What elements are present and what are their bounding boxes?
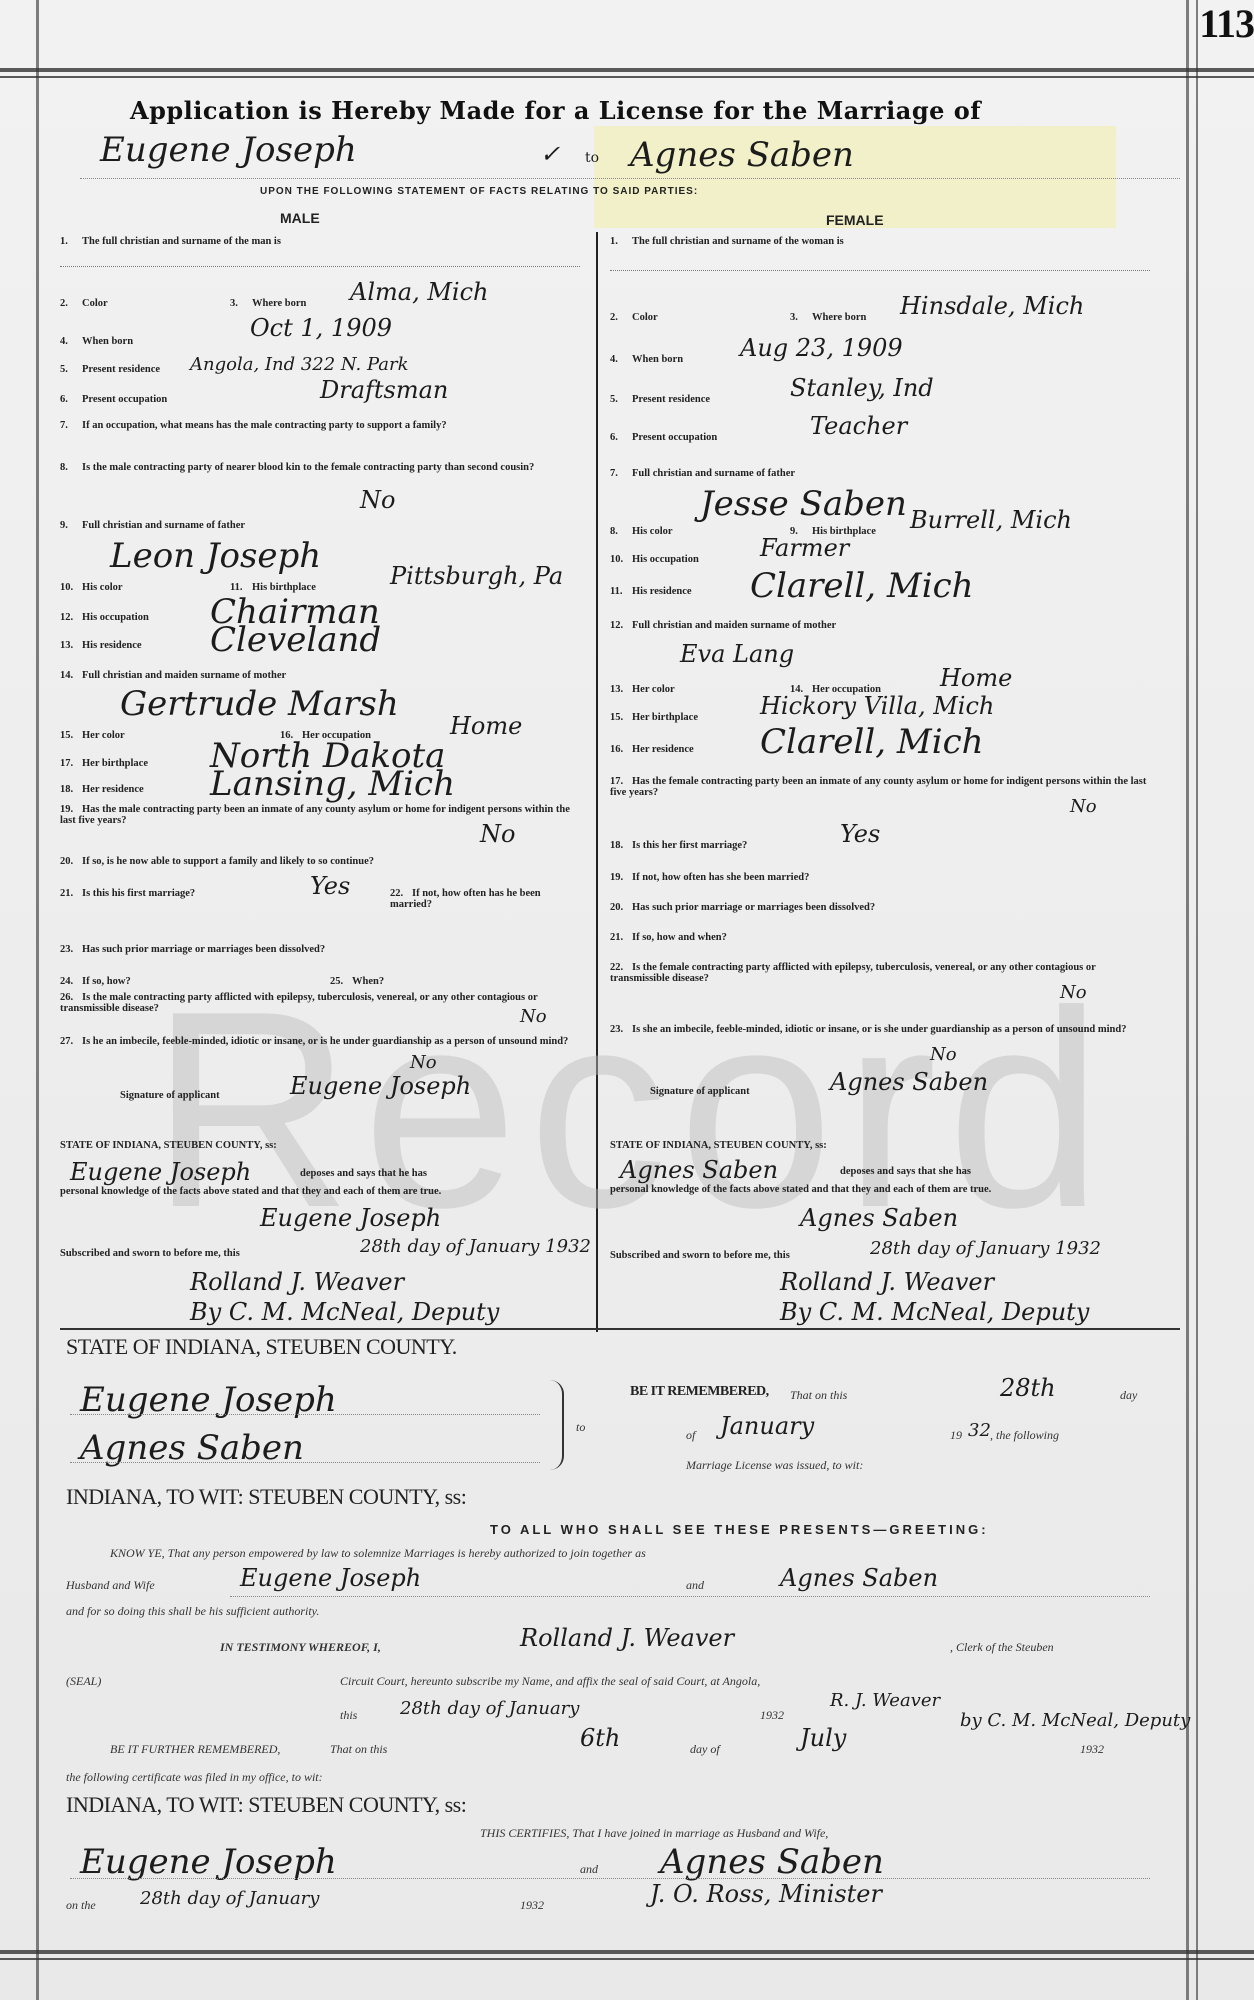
female-q20: 20.Has such prior marriage or marriages … xyxy=(610,902,875,913)
female-q8: 8.His color xyxy=(610,526,673,537)
page-number: 113 xyxy=(1199,0,1254,47)
certifies-text: THIS CERTIFIES, That I have joined in ma… xyxy=(480,1826,828,1841)
female-q16: 16.Her residence xyxy=(610,744,694,755)
testimony-year: 1932 xyxy=(760,1708,784,1723)
male-q9: 9.Full christian and surname of father xyxy=(60,520,245,531)
female-q23: 23.Is she an imbecile, feeble-minded, id… xyxy=(610,1024,1150,1035)
female-sworn-date: 28th day of January 1932 xyxy=(870,1238,1101,1259)
testimony-text-1: , Clerk of the Steuben xyxy=(950,1640,1054,1655)
female-q13: 13.Her color xyxy=(610,684,675,695)
male-q1: 1.The full christian and surname of the … xyxy=(60,236,281,247)
female-oath-text-2: personal knowledge of the facts above st… xyxy=(610,1184,1150,1195)
testimony-clerk: Rolland J. Weaver xyxy=(520,1624,734,1652)
remembered-day: 28th xyxy=(1000,1374,1056,1402)
female-q5: 5.Present residence xyxy=(610,394,710,405)
male-signature: Eugene Joseph xyxy=(290,1072,471,1100)
further-text-1: That on this xyxy=(330,1742,387,1757)
female-oath-header: STATE OF INDIANA, STEUBEN COUNTY, ss: xyxy=(610,1140,827,1151)
cert-county-header: INDIANA, TO WIT: STEUBEN COUNTY, ss: xyxy=(66,1792,466,1818)
female-q22: 22.Is the female contracting party affli… xyxy=(610,962,1150,984)
bride-name: Agnes Saben xyxy=(630,135,854,175)
male-q18: 18.Her residence xyxy=(60,784,144,795)
subtitle: UPON THE FOLLOWING STATEMENT OF FACTS RE… xyxy=(260,186,698,197)
female-a4: Aug 23, 1909 xyxy=(740,334,903,362)
male-oath-text-1: deposes and says that he has xyxy=(300,1168,427,1179)
male-q26: 26.Is the male contracting party afflict… xyxy=(60,992,570,1014)
male-q13: 13.His residence xyxy=(60,640,142,651)
license-and: and xyxy=(686,1578,704,1593)
female-q12: 12.Full christian and maiden surname of … xyxy=(610,620,836,631)
female-signature: Agnes Saben xyxy=(830,1068,988,1096)
female-oath-text-1: deposes and says that she has xyxy=(840,1166,971,1177)
male-q17: 17.Her birthplace xyxy=(60,758,148,769)
top-rule-2 xyxy=(0,76,1254,78)
female-a14: Home xyxy=(940,664,1012,692)
female-a3: Hinsdale, Mich xyxy=(900,292,1084,320)
male-a4: Oct 1, 1909 xyxy=(250,314,392,342)
authority-text: and for so doing this shall be his suffi… xyxy=(66,1604,319,1619)
female-a7: Jesse Saben xyxy=(700,484,907,524)
right-border-inner xyxy=(1196,0,1198,2000)
bottom-rule xyxy=(0,1950,1254,1954)
bottom-rule-2 xyxy=(0,1958,1254,1960)
greeting: TO ALL WHO SHALL SEE THESE PRESENTS—GREE… xyxy=(490,1522,989,1537)
female-q1: 1.The full christian and surname of the … xyxy=(610,236,844,247)
on-label: on the xyxy=(66,1898,96,1913)
female-q4: 4.When born xyxy=(610,354,683,365)
further-text-2: day of xyxy=(690,1742,720,1757)
female-q18: 18.Is this her first marriage? xyxy=(610,840,747,851)
female-signature-label: Signature of applicant xyxy=(650,1086,750,1097)
cert-groom: Eugene Joseph xyxy=(80,1842,337,1882)
female-a6: Teacher xyxy=(810,412,907,440)
male-a9: Leon Joseph xyxy=(110,536,321,576)
remembered-text-4: Marriage License was issued, to wit: xyxy=(686,1458,863,1473)
male-q25: 25.When? xyxy=(330,976,384,987)
male-q24: 24.If so, how? xyxy=(60,976,131,987)
female-oath-name: Agnes Saben xyxy=(620,1156,778,1184)
document-title: Application is Hereby Made for a License… xyxy=(130,96,1090,125)
male-q20: 20.If so, is he now able to support a fa… xyxy=(60,856,374,867)
male-q27: 27.Is he an imbecile, feeble-minded, idi… xyxy=(60,1036,570,1047)
female-q21: 21.If so, how and when? xyxy=(610,932,727,943)
seal-label: (SEAL) xyxy=(66,1674,101,1689)
male-a11: Pittsburgh, Pa xyxy=(390,562,563,590)
female-header: FEMALE xyxy=(826,212,884,228)
female-a10: Farmer xyxy=(760,534,849,562)
female-q6: 6.Present occupation xyxy=(610,432,717,443)
male-deputy-signature: By C. M. McNeal, Deputy xyxy=(190,1298,499,1326)
remembered-year: 32 xyxy=(968,1420,991,1441)
female-q10: 10.His occupation xyxy=(610,554,699,565)
cert-and: and xyxy=(580,1862,598,1877)
male-a18: Lansing, Mich xyxy=(210,764,455,804)
female-a17: No xyxy=(1070,796,1097,817)
further-label: BE IT FURTHER REMEMBERED, xyxy=(110,1742,280,1757)
female-q17: 17.Has the female contracting party been… xyxy=(610,776,1150,798)
further-text-3: the following certificate was filed in m… xyxy=(66,1770,323,1785)
testimony-text-2: Circuit Court, hereunto subscribe my Nam… xyxy=(340,1674,760,1689)
remembered-label: BE IT REMEMBERED, xyxy=(630,1384,769,1400)
left-border xyxy=(36,0,39,2000)
know-ye: KNOW YE, That any person empowered by la… xyxy=(110,1546,646,1561)
female-q3: 3.Where born xyxy=(790,312,866,323)
minister-signature: J. O. Ross, Minister xyxy=(650,1880,882,1908)
remembered-text-2: day xyxy=(1120,1388,1137,1403)
male-sworn-label: Subscribed and sworn to before me, this xyxy=(60,1248,240,1259)
remembered-text-3: , the following xyxy=(990,1428,1059,1443)
male-q8: 8.Is the male contracting party of neare… xyxy=(60,462,570,473)
female-a23: No xyxy=(930,1044,957,1065)
brace xyxy=(548,1380,564,1470)
female-q15: 15.Her birthplace xyxy=(610,712,698,723)
male-oath-signature: Eugene Joseph xyxy=(260,1204,441,1232)
male-q21: 21.Is this his first marriage? xyxy=(60,888,195,899)
male-clerk-signature: Rolland J. Weaver xyxy=(190,1268,404,1296)
male-a5: Angola, Ind 322 N. Park xyxy=(190,354,409,375)
male-q2: 2.Color xyxy=(60,298,108,309)
husband-wife-label: Husband and Wife xyxy=(66,1578,155,1593)
male-signature-label: Signature of applicant xyxy=(120,1090,220,1101)
male-q6: 6.Present occupation xyxy=(60,394,167,405)
male-oath-header: STATE OF INDIANA, STEUBEN COUNTY, ss: xyxy=(60,1140,277,1151)
male-q12: 12.His occupation xyxy=(60,612,149,623)
remembered-of: of xyxy=(686,1428,695,1443)
female-a5: Stanley, Ind xyxy=(790,374,934,402)
testimony-date: 28th day of January xyxy=(400,1698,579,1719)
license-to: to xyxy=(576,1420,585,1435)
male-q7: 7.If an occupation, what means has the m… xyxy=(60,420,570,431)
male-q22: 22.If not, how often has he been married… xyxy=(390,888,580,910)
this-label: this xyxy=(340,1708,357,1723)
further-year: 1932 xyxy=(1080,1742,1104,1757)
cert-bride: Agnes Saben xyxy=(660,1842,884,1882)
title-line xyxy=(80,178,1180,179)
female-deputy-signature: By C. M. McNeal, Deputy xyxy=(780,1298,1089,1326)
remembered-text-1: That on this xyxy=(790,1388,847,1403)
testimony-signature: R. J. Weaver xyxy=(830,1690,940,1711)
groom-name: Eugene Joseph xyxy=(100,130,357,170)
male-header: MALE xyxy=(280,210,320,226)
check-mark: ✓ xyxy=(540,140,560,168)
male-q23: 23.Has such prior marriage or marriages … xyxy=(60,944,325,955)
further-day: 6th xyxy=(580,1724,620,1752)
testimony-deputy: by C. M. McNeal, Deputy xyxy=(960,1710,1190,1731)
male-q14: 14.Full christian and maiden surname of … xyxy=(60,670,286,681)
female-a9: Burrell, Mich xyxy=(910,506,1072,534)
male-q5: 5.Present residence xyxy=(60,364,160,375)
top-rule xyxy=(0,68,1254,72)
male-a8: No xyxy=(360,486,395,514)
further-month: July xyxy=(800,1724,846,1752)
male-q10: 10.His color xyxy=(60,582,123,593)
cert-date: 28th day of January xyxy=(140,1888,319,1909)
license-groom-2: Eugene Joseph xyxy=(240,1564,421,1592)
male-a19: No xyxy=(480,820,515,848)
female-q19: 19.If not, how often has she been marrie… xyxy=(610,872,809,883)
license-bride-2: Agnes Saben xyxy=(780,1564,938,1592)
male-q4: 4.When born xyxy=(60,336,133,347)
female-q7: 7.Full christian and surname of father xyxy=(610,468,795,479)
document-page: 113 Application is Hereby Made for a Lic… xyxy=(0,0,1254,2000)
male-q3: 3.Where born xyxy=(230,298,306,309)
license-county-header: INDIANA, TO WIT: STEUBEN COUNTY, ss: xyxy=(66,1484,466,1510)
male-a6: Draftsman xyxy=(320,376,448,404)
male-a14: Gertrude Marsh xyxy=(120,684,399,724)
column-divider xyxy=(596,232,598,1332)
female-clerk-signature: Rolland J. Weaver xyxy=(780,1268,994,1296)
remembered-month: January xyxy=(720,1412,814,1440)
license-state-header: STATE OF INDIANA, STEUBEN COUNTY. xyxy=(66,1334,457,1360)
female-oath-signature: Agnes Saben xyxy=(800,1204,958,1232)
testimony-label: IN TESTIMONY WHEREOF, I, xyxy=(220,1640,381,1655)
male-oath-name: Eugene Joseph xyxy=(70,1158,251,1186)
female-a15: Hickory Villa, Mich xyxy=(760,692,994,720)
right-border xyxy=(1186,0,1189,2000)
female-a16: Clarell, Mich xyxy=(760,722,984,762)
female-sworn-label: Subscribed and sworn to before me, this xyxy=(610,1250,790,1261)
cert-year: 1932 xyxy=(520,1898,544,1913)
male-sworn-date: 28th day of January 1932 xyxy=(360,1236,591,1257)
connector-to: to xyxy=(585,150,599,166)
male-a3: Alma, Mich xyxy=(350,278,488,306)
male-q15: 15.Her color xyxy=(60,730,125,741)
male-a13: Cleveland xyxy=(210,620,381,660)
remembered-year-prefix: 19 xyxy=(950,1428,962,1443)
female-q11: 11.His residence xyxy=(610,586,692,597)
male-a26: No xyxy=(520,1006,547,1027)
female-a18: Yes xyxy=(840,820,880,848)
female-a12: Eva Lang xyxy=(680,640,794,668)
section-divider xyxy=(60,1328,1180,1330)
male-a16: Home xyxy=(450,712,522,740)
female-q2: 2.Color xyxy=(610,312,658,323)
female-a22: No xyxy=(1060,982,1087,1003)
male-a21: Yes xyxy=(310,872,350,900)
male-a27: No xyxy=(410,1052,437,1073)
male-oath-text-2: personal knowledge of the facts above st… xyxy=(60,1186,570,1197)
female-a11: Clarell, Mich xyxy=(750,566,974,606)
